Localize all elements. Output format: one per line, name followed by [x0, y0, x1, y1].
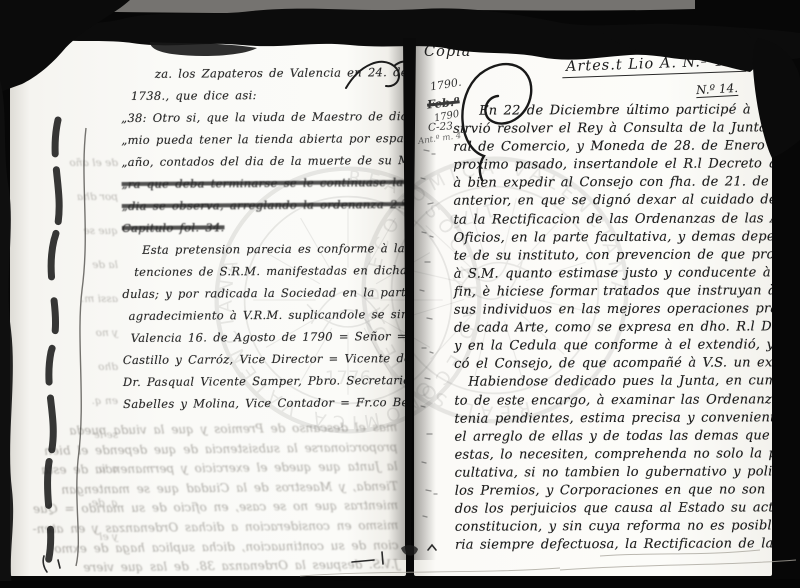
manuscript-line: Habiendose dedicado pues la Junta, en cu…	[454, 373, 772, 392]
manuscript-line: tenciones de S.R.M. manifestadas en dich…	[134, 259, 406, 283]
manuscript-line: Castillo y Carróz, Vice Director = Vicen…	[123, 347, 406, 371]
manuscript-line: dulas; y por radicada la Sociedad en la …	[122, 281, 406, 305]
manuscript-line: 1738., que dice asi:	[131, 83, 406, 107]
manuscript-line: de cada Arte, como se expresa en dho. R.…	[454, 318, 772, 337]
manuscript-line: ta la Rectificacion de las Ordenanzas de…	[453, 210, 772, 229]
bleed-through-word: de el año	[12, 146, 118, 180]
header-flourish: )	[734, 53, 741, 69]
bleed-through-word: assi m.	[12, 282, 118, 316]
manuscript-line: za. los Zapateros de Valencia en 24. de …	[155, 61, 406, 85]
manuscript-line: to de este encargo, à examinar las Orden…	[454, 391, 772, 410]
manuscript-line: ria siempre defectuosa, la Rectificacion…	[455, 536, 772, 555]
manuscript-line: el arreglo de ellas y de todas las demas…	[454, 427, 772, 446]
manuscript-line: fin, è hiciese formar tratados que instr…	[454, 282, 772, 301]
bleed-through-word: y no	[12, 316, 118, 350]
manuscript-line: estas, lo necesiten, comprehenda no solo…	[455, 445, 772, 464]
manuscript-line: Valencia 16. de Agosto de 1790 = Señor =…	[131, 325, 406, 349]
bleed-through-line: J.V.S. despues la Ordenanza 38. de las q…	[45, 555, 399, 576]
bleed-through-word: dho	[12, 350, 118, 384]
manuscript-line: anterior, en que se dignó dexar al cuida…	[453, 192, 772, 211]
manuscript-left-page: za. los Zapateros de Valencia en 24. de …	[10, 28, 406, 576]
manuscript-line: En 22 de Diciembre último participé à V.…	[453, 101, 772, 120]
manuscript-line: ral de Comercio, y Moneda de 28. de Ener…	[453, 137, 772, 156]
manuscript-line: Esta pretension parecia es conforme à la…	[142, 237, 406, 261]
scanned-manuscript: za. los Zapateros de Valencia en 24. de …	[0, 0, 800, 588]
manuscript-line: „38: Otro si, que la viuda de Maestro de…	[121, 105, 406, 129]
manuscript-line: Capitulo fol. 34.	[122, 215, 406, 239]
manuscript-line: à S.M. quanto estimase justo y conducent…	[454, 264, 772, 283]
right-page-text: En 22 de Diciembre último participé à V.…	[453, 101, 772, 555]
bleed-through-word: en q.	[12, 384, 118, 418]
bleed-through-word: la de	[12, 248, 118, 282]
binding-gutter-shadow	[388, 32, 436, 560]
manuscript-line: sus individuos en las mejores operacione…	[454, 300, 772, 319]
manuscript-line: sirvió resolver el Rey à Consulta de la …	[453, 119, 772, 138]
bleed-through-word: a la	[12, 452, 118, 486]
manuscript-line: tenia pendientes, estima precisa y conve…	[454, 409, 772, 428]
bleed-through-word: q. de	[12, 486, 118, 520]
manuscript-line: „año, contados del dia de la muerte de s…	[121, 149, 406, 173]
margin-bleed-through: de el añopor dhaque sela deassi m.y nodh…	[12, 146, 118, 554]
manuscript-line: có el Consejo, de que acompañé à V.S. un…	[454, 355, 772, 374]
header-reference-sub: N.º 14.	[696, 81, 739, 98]
manuscript-line: à bien expedir al Consejo con fha. de 21…	[453, 174, 772, 193]
manuscript-line: y en la Cedula que conforme à el extendi…	[454, 337, 772, 356]
manuscript-line: Dr. Pasqual Vicente Samper, Pbro. Secret…	[123, 369, 406, 393]
manuscript-line: „dia se observa, arreglando la ordenanza…	[122, 193, 406, 217]
bleed-through-word: que se	[12, 214, 118, 248]
manuscript-line: agradecimiento à V.R.M. suplicandole se …	[128, 303, 406, 327]
manuscript-line: constitucion, y sin cuya reforma no es p…	[455, 517, 772, 536]
bleed-through-word: por dha	[12, 180, 118, 214]
manuscript-line: Sabelles y Molina, Vice Contador = Fr.co…	[123, 391, 406, 415]
manuscript-line: „mio pueda tener la tienda abierta por e…	[121, 127, 406, 151]
bottom-scan-edge	[0, 579, 800, 588]
manuscript-right-page: Copia 1790. Artes.t Lio A. N.º 10) N.º 1…	[414, 34, 772, 576]
scan-backing-strip	[55, 0, 695, 13]
manuscript-line: cultativa, si no tambien lo gubernativo …	[455, 463, 772, 482]
manuscript-line: dos los perjuicios que causa al Estado s…	[455, 499, 772, 518]
manuscript-line: los Premios, y Corporaciones en que no s…	[455, 481, 772, 500]
header-reference: Artes.t Lio A. N.º 10)	[562, 53, 746, 78]
manuscript-line: te de su instituto, con prevencion de qu…	[454, 246, 772, 265]
manuscript-line: „ra que deba terminarse se le continuase…	[122, 171, 406, 195]
bleed-through-word: y el	[12, 520, 118, 554]
manuscript-line: Oficios, en la parte facultativa, y dema…	[454, 228, 772, 247]
bleed-through-word: se le	[12, 418, 118, 452]
left-page-text: za. los Zapateros de Valencia en 24. de …	[121, 61, 406, 415]
manuscript-line: proximo pasado, insertandole el R.l Decr…	[453, 156, 772, 175]
